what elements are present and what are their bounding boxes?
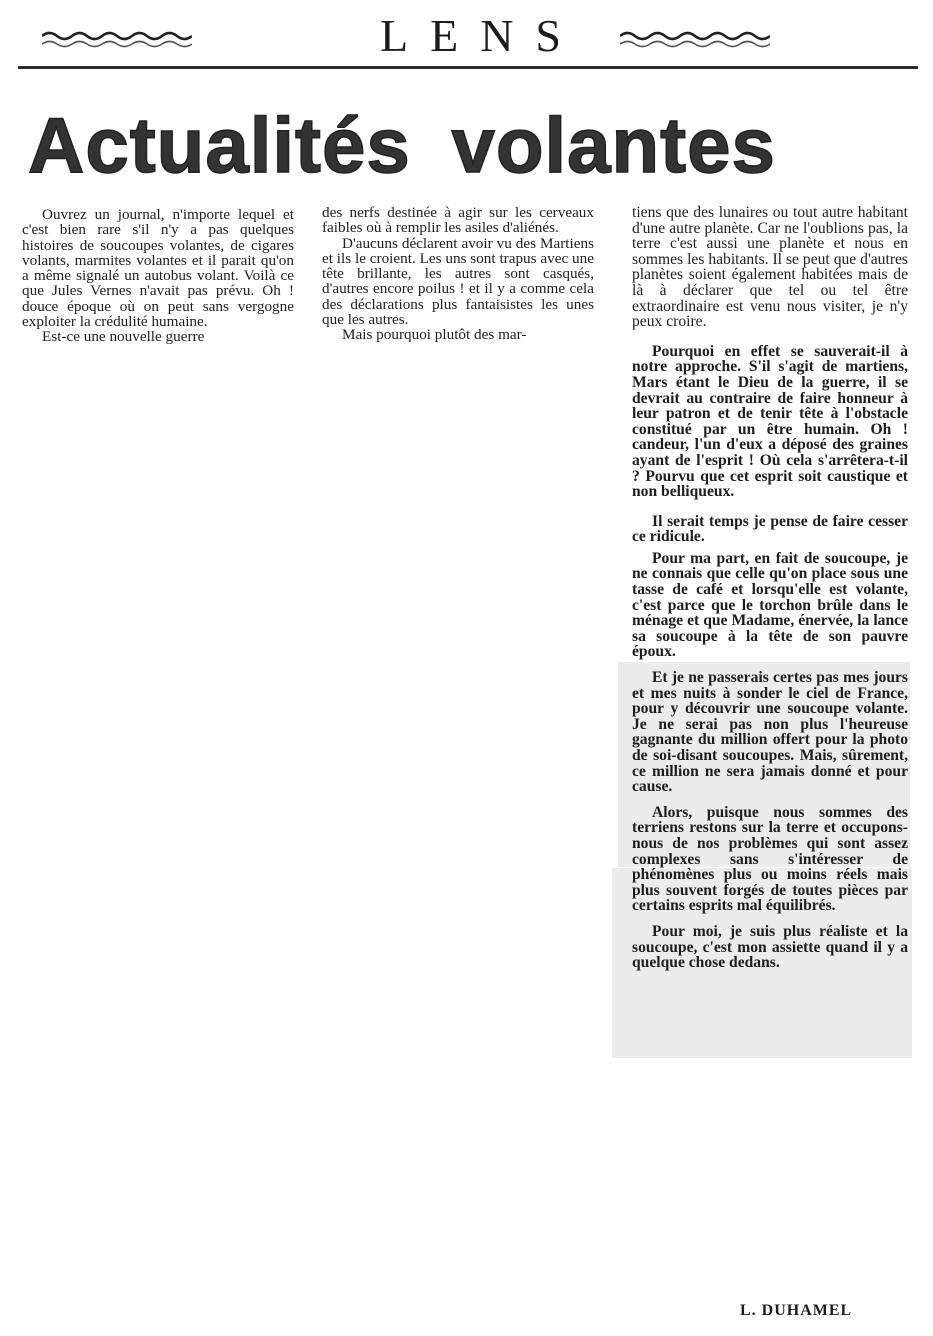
paragraph: D'aucuns déclarent avoir vu des Martiens… [322, 236, 594, 328]
paragraph: Alors, puisque nous sommes des terriens … [632, 805, 908, 914]
author-signature: L. DUHAMEL [740, 1302, 852, 1320]
paragraph: Ouvrez un journal, n'importe lequel et c… [22, 207, 294, 329]
article-column-3: tiens que des lunaires ou tout autre hab… [632, 205, 908, 971]
paragraph: Et je ne passerais certes pas mes jours … [632, 670, 908, 795]
paragraph: tiens que des lunaires ou tout autre hab… [632, 205, 908, 330]
article-headline: Actualités volantes [28, 100, 918, 190]
paragraph: Pour moi, je suis plus réaliste et la so… [632, 924, 908, 971]
paragraph: des nerfs destinée à agir sur les cervea… [322, 205, 594, 236]
paragraph: Pour ma part, en fait de soucoupe, je ne… [632, 551, 908, 660]
paragraph: Pourquoi en effet se sauverait-il à notr… [632, 344, 908, 500]
paragraph: Il serait temps je pense de faire cesser… [632, 514, 908, 545]
paragraph: Est-ce une nouvelle guerre [22, 329, 294, 344]
wave-ornament-left-icon [42, 28, 192, 50]
article-column-1: Ouvrez un journal, n'importe lequel et c… [22, 207, 294, 345]
wave-ornament-right-icon [620, 28, 770, 50]
section-header: LENS [0, 0, 933, 70]
article-column-2: des nerfs destinée à agir sur les cervea… [322, 205, 594, 343]
header-rule [18, 66, 918, 69]
paragraph: Mais pourquoi plutôt des mar- [322, 327, 594, 342]
section-title: LENS [380, 8, 580, 64]
